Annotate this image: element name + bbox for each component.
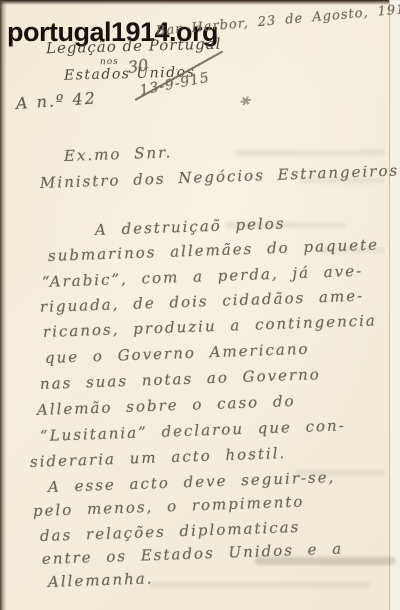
letter-line: nas suas notas ao Governo <box>40 365 321 393</box>
salutation-honorific: Ex.mo Snr. <box>64 143 173 165</box>
show-through-streak <box>150 582 370 588</box>
letterhead-legation: Legação de Portugal <box>46 35 222 58</box>
handwritten-date: Bar Harbor, 23 de Agosto, 1915 <box>155 1 400 39</box>
letter-line: riguada, de dois cidadãos ame- <box>40 287 365 316</box>
letter-line: das relações diplomaticas <box>40 518 301 545</box>
letter-line: Allemão sobre o caso do <box>37 392 296 419</box>
letter-line: sideraria um acto hostil. <box>30 444 287 471</box>
letter-line: A destruiçaõ pelos <box>95 214 286 239</box>
scanned-letter-page: portugal1914.org Legação de Portugal nos… <box>0 0 400 610</box>
letter-line: A esse acto deve seguir-se, <box>48 468 336 496</box>
letter-line: Allemanha. <box>48 569 154 591</box>
scan-edge-left <box>0 0 7 610</box>
letter-line: pelo menos, o rompimento <box>33 493 305 520</box>
letter-line: “Lusitania” declarou que con- <box>40 416 346 445</box>
letter-line: submarinos allemães do paquete <box>48 235 380 265</box>
reference-number: A n.º 42 <box>15 88 97 113</box>
letter-line: “Arabic”, com a perda, já ave- <box>42 262 364 291</box>
show-through-streak <box>235 150 385 156</box>
letter-line: ricanos, produziu a contingencia <box>43 311 377 341</box>
paper-edge-line <box>389 0 390 610</box>
registry-number: 30 <box>127 55 150 77</box>
letter-line: que o Governo Americano <box>45 340 310 367</box>
paper-right-margin <box>390 0 400 610</box>
pencil-mark: ✱ <box>237 93 251 110</box>
scan-edge-top <box>0 0 400 5</box>
salutation-addressee: Ministro dos Negócios Estrangeiros: <box>40 161 400 192</box>
